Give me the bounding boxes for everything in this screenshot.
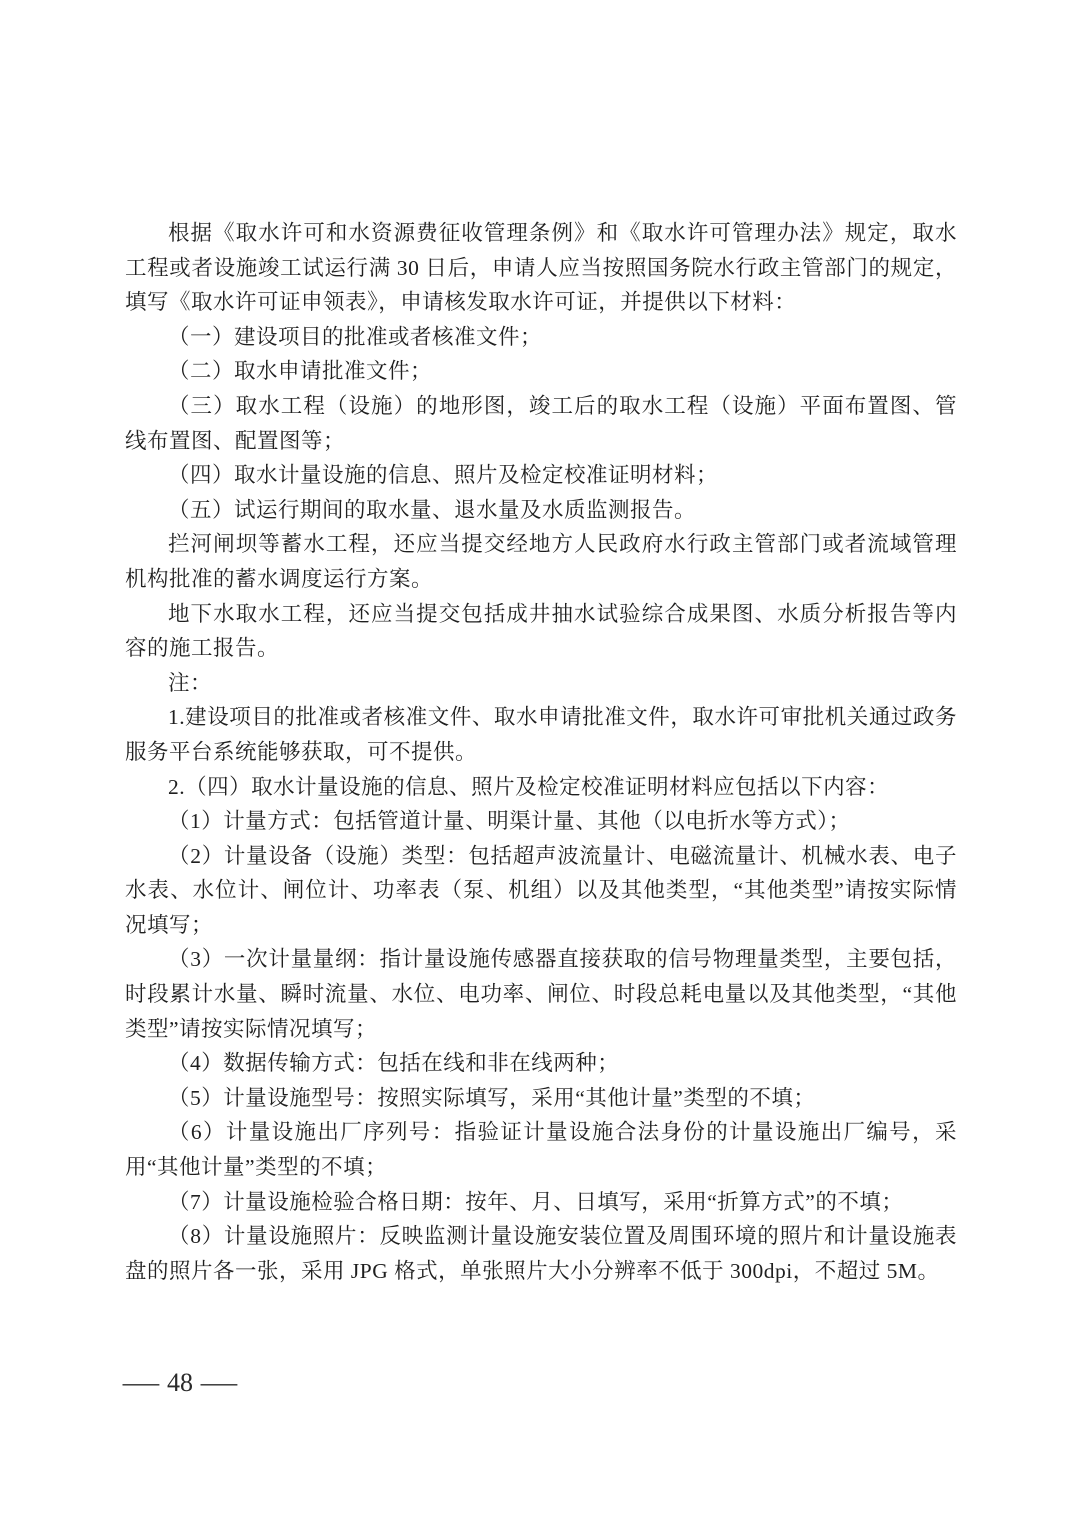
page-number-value: 48 bbox=[167, 1368, 193, 1398]
para-note-2-item-6: （6）计量设施出厂序列号：指验证计量设施合法身份的计量设施出厂编号，采用“其他计… bbox=[125, 1115, 957, 1184]
para-notes-heading: 注： bbox=[125, 666, 957, 701]
para-item-1: （一）建设项目的批准或者核准文件； bbox=[125, 320, 957, 355]
para-note-2: 2.（四）取水计量设施的信息、照片及检定校准证明材料应包括以下内容： bbox=[125, 770, 957, 805]
para-item-3: （三）取水工程（设施）的地形图，竣工后的取水工程（设施）平面布置图、管线布置图、… bbox=[125, 389, 957, 458]
para-note-1: 1.建设项目的批准或者核准文件、取水申请批准文件，取水许可审批机关通过政务服务平… bbox=[125, 700, 957, 769]
para-item-2: （二）取水申请批准文件； bbox=[125, 354, 957, 389]
para-note-2-item-1: （1）计量方式：包括管道计量、明渠计量、其他（以电折水等方式）； bbox=[125, 804, 957, 839]
para-intro: 根据《取水许可和水资源费征收管理条例》和《取水许可管理办法》规定，取水工程或者设… bbox=[125, 216, 957, 320]
para-item-4: （四）取水计量设施的信息、照片及检定校准证明材料； bbox=[125, 458, 957, 493]
para-note-2-item-7: （7）计量设施检验合格日期：按年、月、日填写，采用“折算方式”的不填； bbox=[125, 1185, 957, 1220]
para-groundwater: 地下水取水工程，还应当提交包括成井抽水试验综合成果图、水质分析报告等内容的施工报… bbox=[125, 597, 957, 666]
page-number-dash-right: — bbox=[201, 1368, 237, 1398]
page-number: — 48 — bbox=[128, 1368, 232, 1398]
para-note-2-item-5: （5）计量设施型号：按照实际填写，采用“其他计量”类型的不填； bbox=[125, 1081, 957, 1116]
para-note-2-item-8: （8）计量设施照片：反映监测计量设施安装位置及周围环境的照片和计量设施表盘的照片… bbox=[125, 1219, 957, 1288]
para-note-2-item-2: （2）计量设备（设施）类型：包括超声波流量计、电磁流量计、机械水表、电子水表、水… bbox=[125, 839, 957, 943]
page-number-dash-left: — bbox=[123, 1368, 159, 1398]
document-body: 根据《取水许可和水资源费征收管理条例》和《取水许可管理办法》规定，取水工程或者设… bbox=[125, 216, 957, 1288]
para-note-2-item-3: （3）一次计量量纲：指计量设施传感器直接获取的信号物理量类型，主要包括，时段累计… bbox=[125, 942, 957, 1046]
para-note-2-item-4: （4）数据传输方式：包括在线和非在线两种； bbox=[125, 1046, 957, 1081]
document-page: 根据《取水许可和水资源费征收管理条例》和《取水许可管理办法》规定，取水工程或者设… bbox=[0, 0, 1074, 1520]
para-dam-projects: 拦河闸坝等蓄水工程，还应当提交经地方人民政府水行政主管部门或者流域管理机构批准的… bbox=[125, 527, 957, 596]
para-item-5: （五）试运行期间的取水量、退水量及水质监测报告。 bbox=[125, 493, 957, 528]
